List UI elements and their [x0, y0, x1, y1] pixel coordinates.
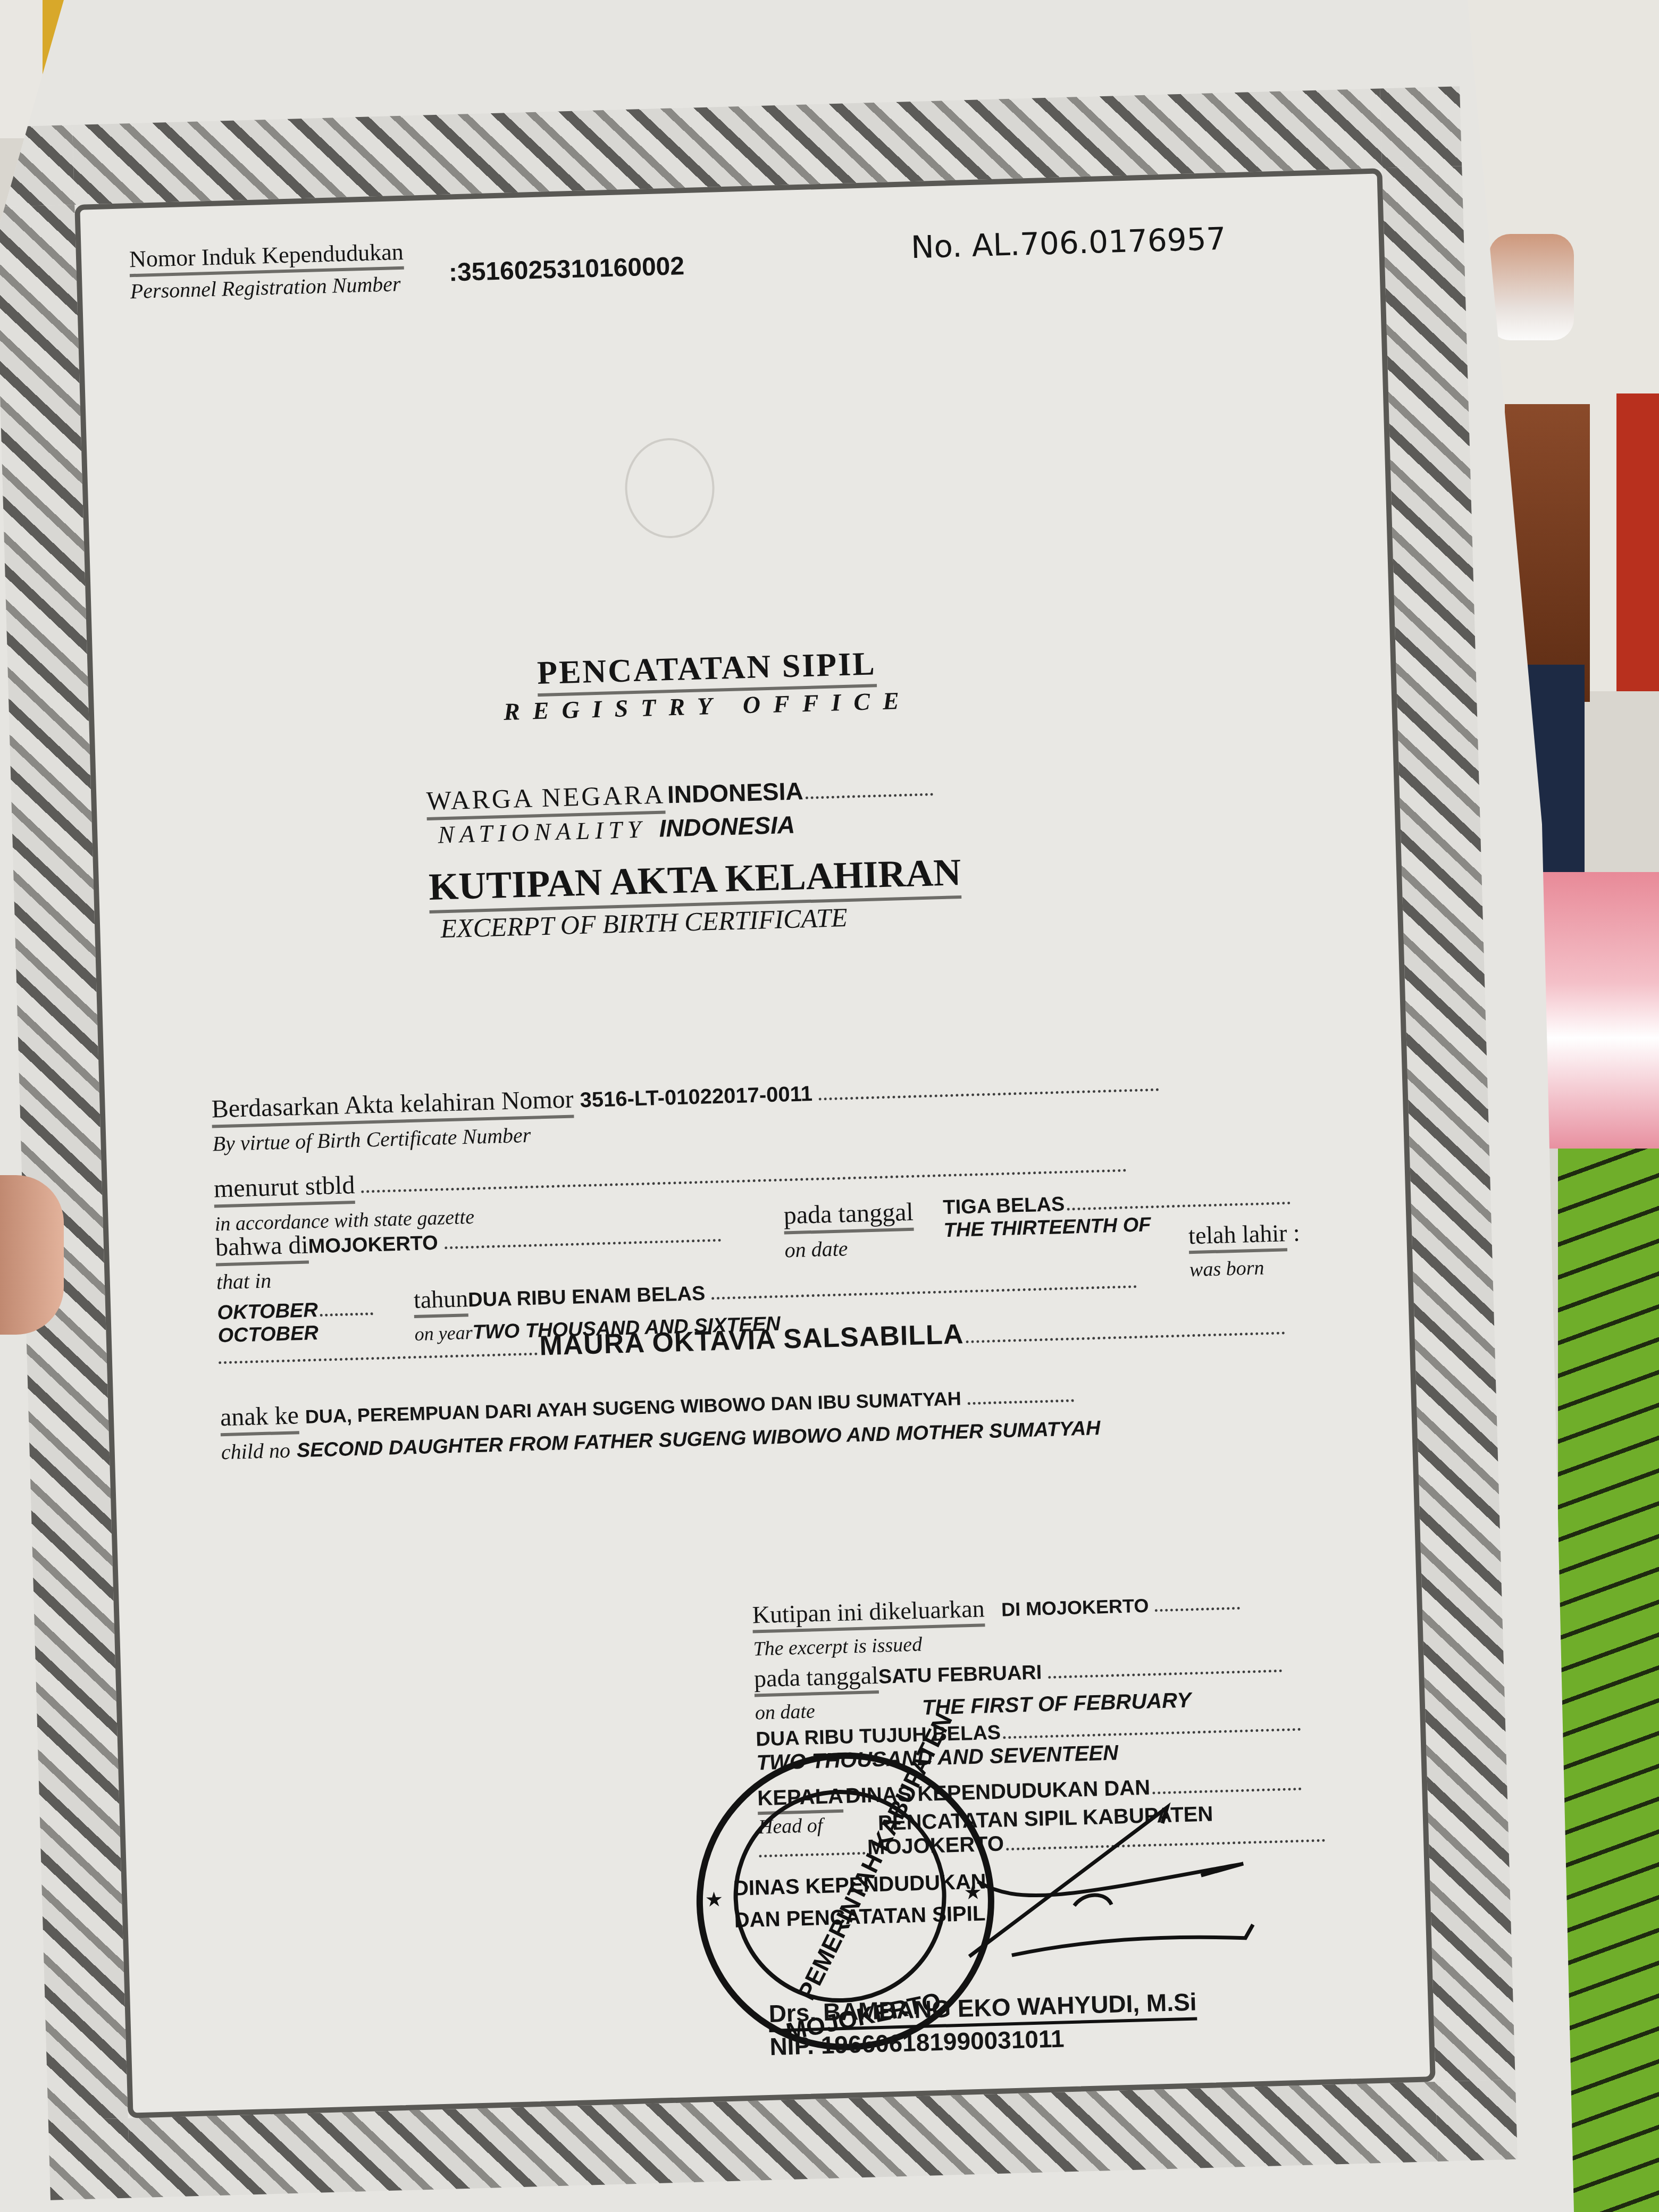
year-value: DUA RIBU ENAM BELAS	[468, 1283, 706, 1311]
official-block: Drs. BAMBANG EKO WAHYUDI, M.Si NIP. 1966…	[768, 1987, 1198, 2060]
birth-cert-row: Berdasarkan Akta kelahiran Nomor 3516-LT…	[211, 1068, 1160, 1158]
nationality-label: WARGA NEGARA	[426, 778, 666, 820]
child-no-label-en: child no	[221, 1438, 290, 1464]
date-row: pada tanggal on date	[783, 1197, 915, 1264]
background-lamp	[1489, 234, 1574, 340]
nationality-block: WARGA NEGARA INDONESIA NATIONALITY INDON…	[426, 771, 934, 849]
birth-cert-value: 3516-LT-01022017-0011	[580, 1082, 812, 1112]
issued-date: SATU FEBRUARI	[878, 1661, 1042, 1688]
stamp-star-left: ★	[706, 1889, 723, 1911]
place-label-en: that in	[216, 1269, 272, 1294]
office-title-block: PENCATATAN SIPIL REGISTRY OFFICE	[502, 644, 912, 725]
nik-block: Nomor Induk Kependudukan Personnel Regis…	[129, 238, 405, 304]
dotted-line	[966, 1331, 1285, 1343]
holding-thumb	[0, 1175, 64, 1335]
date-label: pada tanggal	[783, 1197, 914, 1235]
dotted-line	[1003, 1728, 1301, 1739]
issued-date-row: pada tanggalSATU FEBRUARI on date THE FI…	[753, 1650, 1283, 1725]
background-carpet	[1558, 1149, 1659, 2212]
background-rug	[1531, 872, 1659, 1149]
issued-label: Kutipan ini dikeluarkan	[752, 1594, 985, 1633]
dotted-line	[819, 1088, 1159, 1101]
nik-value: :3516025310160002	[448, 252, 684, 287]
date-label-en: on date	[784, 1236, 848, 1262]
certificate-content: Nomor Induk Kependudukan Personnel Regis…	[0, 86, 1518, 2200]
certificate-frame: Nomor Induk Kependudukan Personnel Regis…	[0, 86, 1518, 2200]
dotted-line	[968, 1399, 1074, 1405]
dotted-line	[806, 793, 933, 799]
signature	[943, 1782, 1321, 1983]
birth-cert-label-en: By virtue of Birth Certificate Number	[212, 1123, 531, 1156]
birth-cert-label: Berdasarkan Akta kelahiran Nomor	[211, 1085, 574, 1128]
born-label-en: was born	[1189, 1256, 1264, 1281]
issued-row: Kutipan ini dikeluarkan DI MOJOKERTO The…	[752, 1587, 1241, 1662]
nationality-value: INDONESIA	[667, 777, 803, 808]
year-label: tahun	[413, 1284, 468, 1318]
background-red-object	[1616, 393, 1659, 691]
issued-place: DI MOJOKERTO	[1001, 1595, 1149, 1621]
nik-label: Nomor Induk Kependudukan	[129, 238, 404, 277]
faint-emblem	[624, 437, 716, 540]
place-value: MOJOKERTO	[308, 1232, 438, 1258]
child-no-label: anak ke	[220, 1401, 299, 1436]
born-block: telah lahir : was born	[1188, 1218, 1301, 1282]
doc-title-block: KUTIPAN AKTA KELAHIRAN EXCERPT OF BIRTH …	[428, 850, 962, 944]
nationality-label-en: NATIONALITY	[438, 815, 647, 848]
doc-title: KUTIPAN AKTA KELAHIRAN	[428, 850, 962, 914]
child-no-value: DUA, PEREMPUAN DARI AYAH SUGENG WIBOWO D…	[305, 1387, 961, 1427]
born-label: telah lahir	[1188, 1219, 1287, 1254]
certificate-paper: Nomor Induk Kependudukan Personnel Regis…	[0, 0, 1574, 2212]
issued-date-label: pada tanggal	[753, 1661, 878, 1697]
issued-label-en: The excerpt is issued	[753, 1633, 923, 1661]
dotted-line	[1067, 1202, 1290, 1211]
dotted-line	[711, 1285, 1137, 1300]
born-colon: :	[1293, 1219, 1300, 1246]
stamp-center-line2: DAN PENCATATAN SIPIL	[734, 1898, 958, 1937]
dotted-line	[445, 1239, 721, 1250]
nik-label-en: Personnel Registration Number	[130, 272, 401, 303]
place-label: bahwa di	[215, 1230, 308, 1267]
nationality-value-en: INDONESIA	[659, 811, 795, 842]
dotted-line	[320, 1312, 373, 1317]
month-value: OKTOBER	[217, 1299, 318, 1324]
stbld-label: menurut stbld	[213, 1170, 355, 1208]
dotted-line	[219, 1353, 538, 1364]
child-no-row: anak ke DUA, PEREMPUAN DARI AYAH SUGENG …	[220, 1378, 1101, 1465]
serial-number: No. AL.706.0176957	[910, 221, 1226, 266]
dotted-line	[362, 1169, 1127, 1193]
dotted-line	[1048, 1670, 1282, 1679]
date-value: TIGA BELAS	[943, 1193, 1065, 1219]
dotted-line	[1155, 1607, 1240, 1612]
issued-date-label-en: on date	[755, 1700, 815, 1724]
issued-date-en: THE FIRST OF FEBRUARY	[922, 1689, 1192, 1720]
